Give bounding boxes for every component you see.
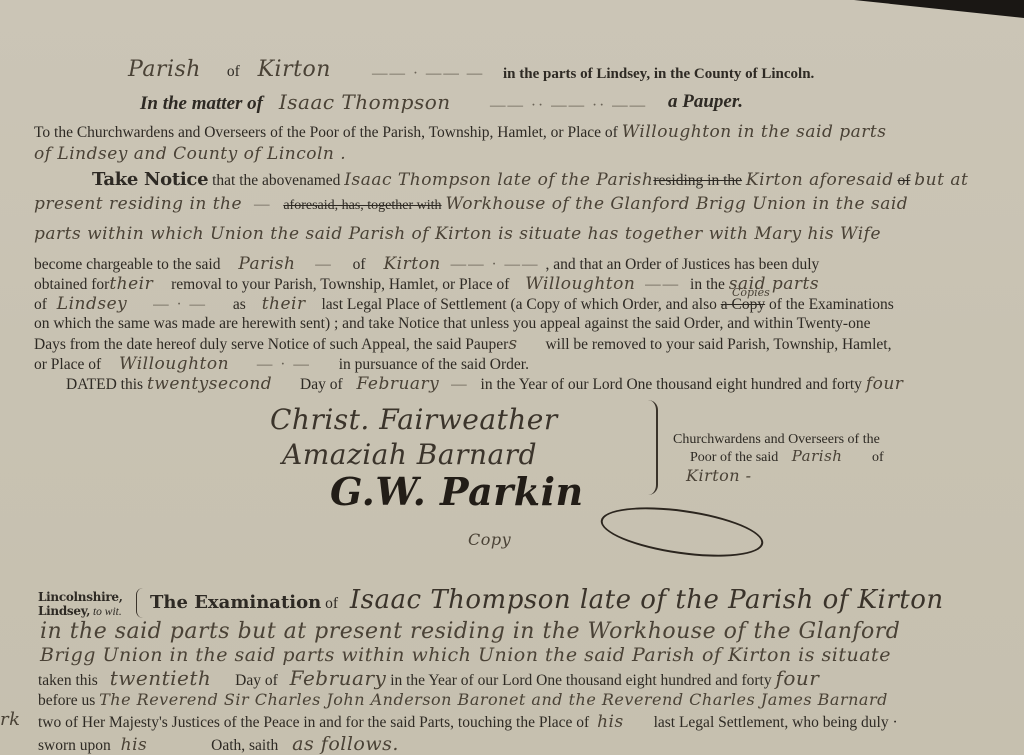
handwritten-text: Willoughton <box>525 274 635 294</box>
role-text: Poor of the said <box>690 450 778 465</box>
struck-text: of <box>897 172 910 189</box>
examination-title-line: The Examination of Isaac Thompson late o… <box>150 590 944 614</box>
of-label: of <box>227 63 240 80</box>
notice-text: or Place of <box>34 356 101 373</box>
handwritten-text: Parish <box>792 447 843 465</box>
examination-text: last Legal Settlement, who being duly · <box>654 714 898 731</box>
handwritten-text: his <box>597 712 624 732</box>
header-county-text: in the parts of Lindsey, in the County o… <box>503 64 814 84</box>
notice-text: of the Examinations <box>769 296 894 313</box>
notice-text: last Legal Place of Settlement (a Copy o… <box>322 296 717 313</box>
signature-2: Amaziah Barnard <box>282 445 537 465</box>
notice-line-11: or Place of Willoughton — · — in pursuan… <box>34 354 529 375</box>
notice-text: as <box>233 296 246 313</box>
before-line: before us The Reverend Sir Charles John … <box>38 690 888 711</box>
examination-title: The Examination <box>150 592 321 613</box>
dated-year: four <box>866 374 904 394</box>
notice-line-2: of Lindsey and County of Lincoln . <box>34 144 346 165</box>
handwritten-text: their <box>262 294 306 314</box>
struck-text: a Copy <box>721 296 765 313</box>
notice-text: will be removed to your said Parish, Tow… <box>545 336 891 353</box>
county-brace <box>136 588 143 618</box>
examination-text: taken this <box>38 672 98 689</box>
notice-line-5: parts within which Union the said Parish… <box>34 224 881 245</box>
handwritten-text: Workhouse of the Glanford Brigg Union in… <box>445 194 908 214</box>
handwritten-text: Willoughton <box>119 354 229 374</box>
handwritten-text: as follows. <box>292 733 399 755</box>
examination-text: before us <box>38 692 95 709</box>
sworn-line: sworn upon his Oath, saith as follows. <box>38 734 399 755</box>
signature-3: G.W. Parkin <box>330 482 584 502</box>
notice-text: Day of <box>300 376 343 393</box>
role-line-2: Poor of the said Parish of <box>690 446 884 468</box>
take-notice-heading: Take Notice <box>92 169 208 190</box>
taken-line: taken this twentieth Day of February in … <box>38 668 819 691</box>
role-text: of <box>872 450 884 465</box>
examination-text: in the Year of our Lord One thousand eig… <box>390 672 771 689</box>
matter-label: In the matter of <box>140 93 263 114</box>
role-place: Kirton - <box>686 466 752 486</box>
notice-line-4: present residing in the — aforesaid, has… <box>34 194 908 216</box>
handwritten-text: present residing in the <box>34 194 242 214</box>
notice-text: in the Year of our Lord One thousand eig… <box>481 376 862 393</box>
notice-text: To the Churchwardens and Overseers of th… <box>34 124 618 141</box>
justices-line: two of Her Majesty's Justices of the Pea… <box>38 712 898 733</box>
handwritten-text: parts within which Union the said Parish… <box>34 224 881 244</box>
notice-text: removal to your Parish, Township, Hamlet… <box>171 276 509 293</box>
taken-month: February <box>290 666 387 690</box>
handwritten-text: Willoughton in the said parts <box>622 122 887 142</box>
notice-text: in pursuance of the said Order. <box>339 356 529 373</box>
dated-line: DATED this twentysecond Day of February … <box>66 374 903 395</box>
handwritten-text: his <box>121 735 148 755</box>
county-text: Lindsey, <box>38 604 90 618</box>
blank-dash: —— ·· —— ·· —— <box>490 96 647 116</box>
notice-line-3: Take Notice that the abovenamed Isaac Th… <box>92 170 968 191</box>
examination-text: sworn upon <box>38 737 111 754</box>
handwritten-text: in the said parts but at present residin… <box>40 622 900 642</box>
place-type: Parish <box>128 57 201 82</box>
signature-1: Christ. Fairweather <box>270 410 558 430</box>
to-wit-text: to wit. <box>93 606 122 618</box>
handwritten-text: Brigg Union in the said parts within whi… <box>40 645 891 665</box>
copy-label: Copy <box>468 530 511 550</box>
document-page: Parish of Kirton —— · —— — in the parts … <box>0 0 1024 755</box>
notice-text: become chargeable to the said <box>34 256 221 273</box>
notice-text: DATED this <box>66 376 143 393</box>
handwritten-text: their <box>109 274 153 294</box>
signature-brace <box>640 400 658 495</box>
handwritten-text: of Lindsey and County of Lincoln . <box>34 144 346 164</box>
handwritten-text: Kirton aforesaid <box>746 170 894 190</box>
notice-line-8: of Lindsey — · — as their last Legal Pla… <box>34 294 894 315</box>
handwritten-text: but at <box>914 170 968 190</box>
matter-line: In the matter of Isaac Thompson <box>140 92 451 115</box>
notice-line-10: Days from the date hereof duly serve Not… <box>34 334 891 355</box>
pauper-suffix: a Pauper. <box>668 92 743 112</box>
handwritten-text: Isaac Thompson late of the Parish <box>344 170 653 190</box>
blank-dash: —— · —— — <box>372 64 484 84</box>
taken-year: four <box>775 666 819 690</box>
pauper-name: Isaac Thompson <box>279 90 451 114</box>
signature-flourish <box>598 499 767 565</box>
place-name: Kirton <box>258 57 331 82</box>
handwritten-text: Kirton <box>383 254 440 274</box>
notice-line-9: on which the same was made are herewith … <box>34 314 870 334</box>
notice-line-7: obtained fortheir removal to your Parish… <box>34 274 819 295</box>
notice-text: Days from the date hereof duly serve Not… <box>34 336 508 353</box>
struck-text: residing in the <box>653 172 742 189</box>
examination-text: Oath, saith <box>211 737 278 754</box>
notice-text: , and that an Order of Justices has been… <box>546 256 820 273</box>
dated-month: February <box>357 374 440 394</box>
dated-day: twentysecond <box>147 374 272 394</box>
examination-text: Day of <box>235 672 278 689</box>
county-text: Lincolnshire, <box>38 590 123 604</box>
margin-note: rk <box>0 710 21 730</box>
notice-line-6: become chargeable to the said Parish — o… <box>34 254 819 275</box>
county-heading: Lincolnshire, Lindsey, to wit. <box>38 590 123 619</box>
header-parish-line: Parish of Kirton <box>128 60 331 82</box>
notice-text: of <box>353 256 366 273</box>
handwritten-text: Isaac Thompson late of the Parish of Kir… <box>350 585 944 615</box>
notice-text: in the <box>690 276 725 293</box>
handwritten-text: The Reverend Sir Charles John Anderson B… <box>99 690 888 709</box>
taken-day: twentieth <box>110 666 212 690</box>
examination-text: two of Her Majesty's Justices of the Pea… <box>38 714 589 731</box>
scan-edge <box>854 0 1024 18</box>
handwritten-text: Parish <box>238 254 295 274</box>
notice-text: that the abovenamed <box>212 172 340 189</box>
handwritten-text: Lindsey <box>57 294 127 314</box>
notice-text: of <box>34 296 47 313</box>
handwritten-text: s <box>508 334 517 354</box>
notice-line-1: To the Churchwardens and Overseers of th… <box>34 122 886 143</box>
struck-text: aforesaid, has, together with <box>283 198 441 213</box>
notice-text: obtained for <box>34 276 109 293</box>
examination-text: of <box>325 595 338 612</box>
